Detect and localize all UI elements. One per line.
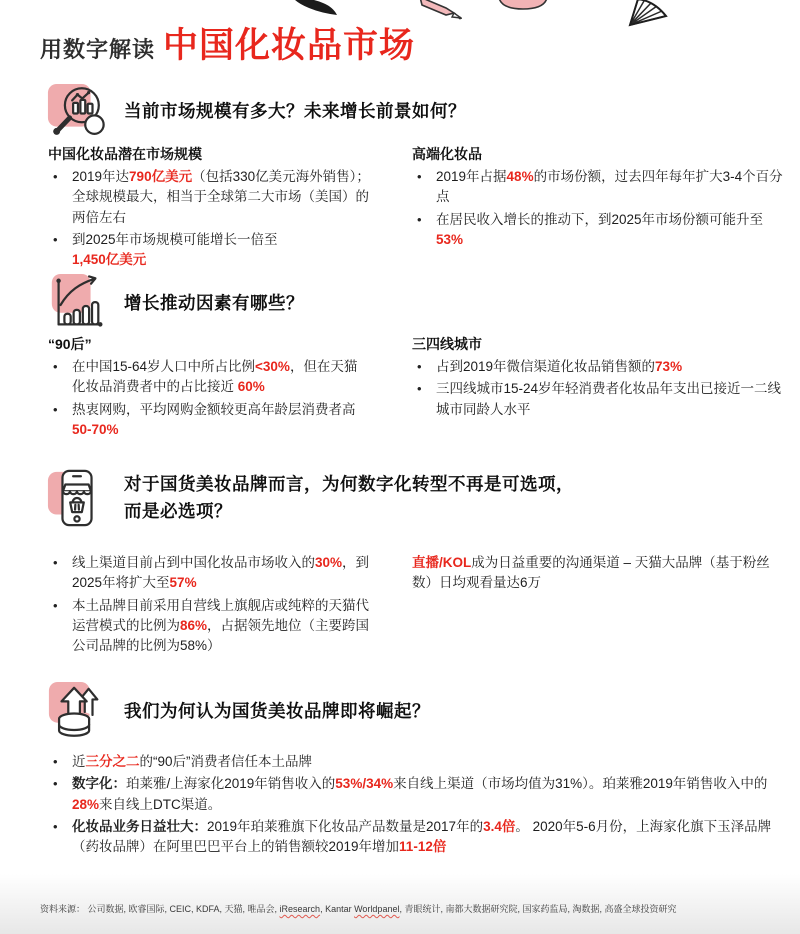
column-heading: 三四线城市 (412, 334, 784, 354)
column-lower-tier-cities: 三四线城市 • 占到2019年微信渠道化妆品销售额的73% • 三四线城市15-… (412, 334, 784, 442)
eyeliner-pencil-illustration (416, 0, 462, 20)
bullet-text: 2019年占据48%的市场份额，过去四年每年扩大3-4个百分点 (436, 167, 784, 208)
bullet-marker: • (48, 357, 72, 398)
bullet-marker: • (48, 774, 72, 815)
bullet-text: 线上渠道目前占到中国化妆品市场收入的30%，到2025年将扩大至57% (72, 553, 370, 594)
list-item: • 三四线城市15-24岁年轻消费者化妆品年支出已接近一二线城市同龄人水平 (412, 379, 784, 420)
bullet-text: 三四线城市15-24岁年轻消费者化妆品年支出已接近一二线城市同龄人水平 (436, 379, 784, 420)
bullet-text: 到2025年市场规模可能增长一倍至 1,450亿美元 (72, 230, 370, 271)
growth-chart-icon (46, 272, 108, 338)
column-heading: 中国化妆品潜在市场规模 (48, 144, 370, 164)
mobile-storefront-icon (46, 466, 108, 532)
page-title: 用数字解读 中国化妆品市场 (40, 18, 415, 68)
section-heading: 对于国货美妆品牌而言，为何数字化转型不再是可选项， 而是必选项？ (124, 472, 724, 526)
list-item: • 2019年达790亿美元（包括330亿美元海外销售）；全球规模最大，相当于全… (48, 167, 370, 228)
bullet-text: 化妆品业务日益壮大：2019年珀莱雅旗下化妆品产品数量是2017年的3.4倍。 … (72, 817, 786, 858)
column-online-channels: • 线上渠道目前占到中国化妆品市场收入的30%，到2025年将扩大至57% • … (48, 553, 370, 658)
section-digital-transformation-header: 对于国货美妆品牌而言，为何数字化转型不再是可选项， 而是必选项？ (46, 466, 724, 532)
column-heading: “90后” (48, 334, 370, 354)
bullet-marker: • (412, 210, 436, 251)
section-growth-drivers-content: “90后” • 在中国15-64岁人口中所占比例<30%，但在天猫化妆品消费者中… (48, 334, 784, 442)
list-item: • 在中国15-64岁人口中所占比例<30%，但在天猫化妆品消费者中的占比接近 … (48, 357, 370, 398)
list-item: • 2019年占据48%的市场份额，过去四年每年扩大3-4个百分点 (412, 167, 784, 208)
bullet-text: 本土品牌目前采用自营线上旗舰店或纯粹的天猫代运营模式的比例为86%，占据领先地位… (72, 596, 370, 657)
list-item: • 在居民收入增长的推动下，到2025年市场份额可能升至53% (412, 210, 784, 251)
magnifier-chart-icon (46, 80, 108, 146)
bullet-text: 在中国15-64岁人口中所占比例<30%，但在天猫化妆品消费者中的占比接近 60… (72, 357, 370, 398)
list-item: • 化妆品业务日益壮大：2019年珀莱雅旗下化妆品产品数量是2017年的3.4倍… (48, 817, 786, 858)
sources-footnote: 资料来源： 公司数据, 欧睿国际, CEIC, KDFA, 天猫, 唯品会, i… (40, 902, 790, 915)
fan-brush-illustration (624, 0, 670, 27)
growth-arrow-coins-icon (46, 680, 108, 746)
bullet-text: 近三分之二的“90后”消费者信任本土品牌 (72, 752, 786, 772)
bullet-text: 占到2019年微信渠道化妆品销售额的73% (436, 357, 784, 377)
bullet-marker: • (48, 596, 72, 657)
makeup-brush-illustration (293, 0, 339, 17)
title-prefix: 用数字解读 (40, 33, 155, 64)
column-premium-cosmetics: 高端化妆品 • 2019年占据48%的市场份额，过去四年每年扩大3-4个百分点 … (412, 144, 784, 272)
section-growth-drivers-header: 增长推动因素有哪些？ (46, 272, 304, 338)
bullet-marker: • (48, 167, 72, 228)
bullet-marker: • (412, 379, 436, 420)
bullet-text: 热衷网购，平均网购金额较更高年龄层消费者高50-70% (72, 400, 370, 441)
list-item: • 热衷网购，平均网购金额较更高年龄层消费者高50-70% (48, 400, 370, 441)
section-heading: 增长推动因素有哪些？ (124, 291, 304, 318)
bullet-marker: • (48, 752, 72, 772)
column-heading: 高端化妆品 (412, 144, 784, 164)
bullet-marker: • (412, 357, 436, 377)
sources-text: 资料来源： 公司数据, 欧睿国际, CEIC, KDFA, 天猫, 唯品会, i… (40, 902, 790, 915)
list-item: • 本土品牌目前采用自营线上旗舰店或纯粹的天猫代运营模式的比例为86%，占据领先… (48, 596, 370, 657)
bullet-text: 数字化：珀莱雅/上海家化2019年销售收入的53%/34%来自线上渠道（市场均值… (72, 774, 786, 815)
list-item: • 占到2019年微信渠道化妆品销售额的73% (412, 357, 784, 377)
bullet-marker: • (48, 400, 72, 441)
list-item: • 数字化：珀莱雅/上海家化2019年销售收入的53%/34%来自线上渠道（市场… (48, 774, 786, 815)
report-page: 用数字解读 中国化妆品市场 当前市场规模有多大？未来增长前景如何？ 中国化妆品潜… (0, 0, 800, 934)
powder-puff-illustration (498, 0, 548, 11)
bullet-text: 在居民收入增长的推动下，到2025年市场份额可能升至53% (436, 210, 784, 251)
bullet-marker: • (48, 230, 72, 271)
section-digital-transformation-content: • 线上渠道目前占到中国化妆品市场收入的30%，到2025年将扩大至57% • … (48, 553, 784, 658)
bullet-text: 2019年达790亿美元（包括330亿美元海外销售）；全球规模最大，相当于全球第… (72, 167, 370, 228)
section-domestic-brands-rise-header: 我们为何认为国货美妆品牌即将崛起？ (46, 680, 430, 746)
paragraph-text: 直播/KOL成为日益重要的沟通渠道 – 天猫大品牌（基于粉丝数）日均观看量达6万 (412, 553, 784, 594)
list-item: • 线上渠道目前占到中国化妆品市场收入的30%，到2025年将扩大至57% (48, 553, 370, 594)
list-item: • 到2025年市场规模可能增长一倍至 1,450亿美元 (48, 230, 370, 271)
column-livestream-kol: 直播/KOL成为日益重要的沟通渠道 – 天猫大品牌（基于粉丝数）日均观看量达6万 (412, 553, 784, 658)
bullet-marker: • (412, 167, 436, 208)
title-highlight: 中国化妆品市场 (163, 18, 415, 68)
column-gen-90s: “90后” • 在中国15-64岁人口中所占比例<30%，但在天猫化妆品消费者中… (48, 334, 370, 442)
section-domestic-brands-rise-content: • 近三分之二的“90后”消费者信任本土品牌 • 数字化：珀莱雅/上海家化201… (48, 752, 786, 859)
section-heading: 我们为何认为国货美妆品牌即将崛起？ (124, 699, 430, 726)
section-heading: 当前市场规模有多大？未来增长前景如何？ (124, 99, 466, 126)
section-market-size-content: 中国化妆品潜在市场规模 • 2019年达790亿美元（包括330亿美元海外销售）… (48, 144, 784, 272)
bullet-marker: • (48, 553, 72, 594)
list-item: • 近三分之二的“90后”消费者信任本土品牌 (48, 752, 786, 772)
column-china-market: 中国化妆品潜在市场规模 • 2019年达790亿美元（包括330亿美元海外销售）… (48, 144, 370, 272)
bullet-marker: • (48, 817, 72, 858)
section-market-size-header: 当前市场规模有多大？未来增长前景如何？ (46, 80, 466, 146)
